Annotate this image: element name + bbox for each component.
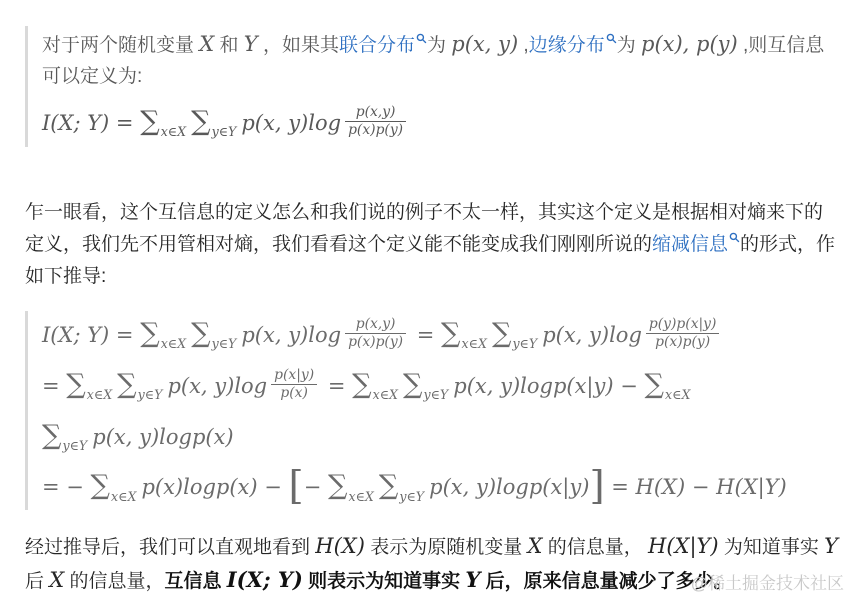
sum-operator: ∑x∈X xyxy=(352,374,403,398)
sum-operator: ∑x∈X xyxy=(66,374,117,398)
math-inline: p(x, y)logp(x|y) − xyxy=(453,374,644,398)
math-inline: p(x, y)logp(x) xyxy=(92,425,233,449)
fraction: p(y)p(x|y)p(x)p(y) xyxy=(646,316,720,350)
text-run: 为 xyxy=(427,35,451,56)
link-label: 联合分布 xyxy=(339,35,415,56)
math-inline: p(x, y) xyxy=(451,32,518,56)
sum-operator: ∑y∈Y xyxy=(191,323,241,347)
sum-operator: ∑y∈Y xyxy=(191,111,241,135)
bold-math-inline: I(X; Y) xyxy=(227,567,303,592)
text-run: ，如果其 xyxy=(258,35,339,56)
math-inline: = xyxy=(410,323,441,347)
math-inline: H(X|Y) xyxy=(648,534,719,558)
inline-link[interactable]: 缩减信息 xyxy=(652,234,740,255)
sum-operator: ∑x∈X xyxy=(441,323,492,347)
bracket: ] xyxy=(589,464,604,509)
text-run: 为知道事实 xyxy=(719,537,825,558)
sum-operator: ∑y∈Y xyxy=(403,374,453,398)
math-inline: p(x, y)log xyxy=(542,323,642,347)
derivation-quote: I(X; Y) = ∑x∈X∑y∈Yp(x, y)logp(x,y)p(x)p(… xyxy=(25,311,840,511)
math-inline: = xyxy=(321,374,352,398)
derivation-line-4: = − ∑x∈Xp(x)logp(x) − [− ∑x∈X∑y∈Yp(x, y)… xyxy=(42,466,840,507)
derivation-intro-paragraph: 乍一眼看，这个互信息的定义怎么和我们说的例子不太一样，其实这个定义是根据相对熵来… xyxy=(25,197,840,293)
link-label: 缩减信息 xyxy=(652,234,728,255)
derivation-line-1: I(X; Y) = ∑x∈X∑y∈Yp(x, y)logp(x,y)p(x)p(… xyxy=(42,314,840,355)
math-inline: p(x, y)logp(x|y) xyxy=(429,475,589,499)
search-icon xyxy=(606,33,617,44)
math-inline: p(x), p(y) xyxy=(641,32,738,56)
math-inline: p(x, y)log xyxy=(167,374,267,398)
sum-operator: ∑x∈X xyxy=(91,475,142,499)
text-run: 为 xyxy=(617,35,641,56)
sum-operator: ∑x∈X xyxy=(328,475,379,499)
derivation-line-3: ∑y∈Yp(x, y)logp(x) xyxy=(42,416,840,457)
sum-operator: ∑y∈Y xyxy=(379,475,429,499)
fraction: p(x|y)p(x) xyxy=(271,367,317,401)
text-run: 和 xyxy=(214,35,244,56)
math-inline: = − xyxy=(42,475,91,499)
search-icon xyxy=(729,232,740,243)
inline-link[interactable]: 边缘分布 xyxy=(529,35,617,56)
text-run: 的信息量， xyxy=(64,571,164,592)
fraction: p(x,y)p(x)p(y) xyxy=(345,316,406,350)
sum-operator: ∑x∈X xyxy=(140,323,191,347)
math-inline: = H(X) − H(X|Y) xyxy=(605,475,787,499)
sum-operator: ∑x∈X xyxy=(140,111,191,135)
math-inline: Y xyxy=(244,32,258,56)
fraction: p(x,y)p(x)p(y) xyxy=(345,104,406,138)
derivation-line-2: = ∑x∈X∑y∈Yp(x, y)logp(x|y)p(x) = ∑x∈X∑y∈… xyxy=(42,365,840,406)
bold-text-run: 互信息 xyxy=(165,571,227,592)
math-inline: H(X) xyxy=(315,534,365,558)
text-run: , xyxy=(518,35,529,56)
math-inline: Y xyxy=(824,534,838,558)
link-label: 边缘分布 xyxy=(529,35,605,56)
text-run: 经过推导后，我们可以直观地看到 xyxy=(25,537,315,558)
definition-intro-text: 对于两个随机变量 X 和 Y ，如果其联合分布为 p(x, y) ,边缘分布为 … xyxy=(42,29,840,92)
bold-text-run: 则表示为知道事实 xyxy=(303,571,466,592)
math-inline: I(X; Y) = xyxy=(42,323,140,347)
bracket: [ xyxy=(289,464,304,509)
math-inline: = xyxy=(42,374,66,398)
math-inline: X xyxy=(528,534,543,558)
article-body: 对于两个随机变量 X 和 Y ，如果其联合分布为 p(x, y) ,边缘分布为 … xyxy=(0,0,862,598)
sum-operator: ∑y∈Y xyxy=(42,425,92,449)
math-inline: − xyxy=(304,475,328,499)
mutual-information-definition-formula: I(X; Y) = ∑x∈X∑y∈Yp(x, y)logp(x,y)p(x)p(… xyxy=(42,100,840,144)
math-inline: p(x, y)log xyxy=(241,111,341,135)
math-inline: X xyxy=(49,568,64,592)
text-run: 对于两个随机变量 xyxy=(42,35,199,56)
bold-math-inline: Y xyxy=(465,567,480,592)
sum-operator: ∑x∈X xyxy=(645,374,696,398)
math-inline: p(x)logp(x) − xyxy=(141,475,288,499)
definition-quote: 对于两个随机变量 X 和 Y ，如果其联合分布为 p(x, y) ,边缘分布为 … xyxy=(25,26,840,147)
math-inline: p(x, y)log xyxy=(241,323,341,347)
math-inline: I(X; Y) = xyxy=(42,111,140,135)
sum-operator: ∑y∈Y xyxy=(117,374,167,398)
search-icon xyxy=(416,33,427,44)
sum-operator: ∑y∈Y xyxy=(492,323,542,347)
text-run: 的信息量， xyxy=(542,537,648,558)
math-inline: X xyxy=(199,32,214,56)
text-run: 表示为原随机变量 xyxy=(365,537,528,558)
watermark: @稀土掘金技术社区 xyxy=(691,569,844,594)
inline-link[interactable]: 联合分布 xyxy=(339,35,427,56)
